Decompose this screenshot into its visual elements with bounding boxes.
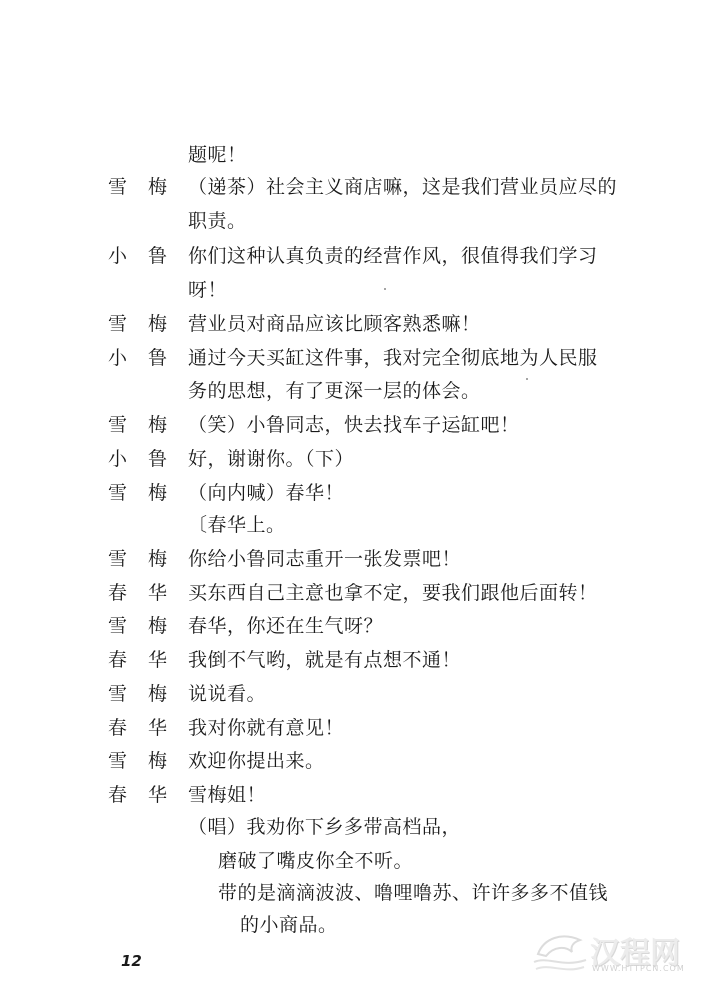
dialogue-text: 我倒不气哟，就是有点想不通！ bbox=[188, 648, 461, 672]
song-lyric: 磨破了嘴皮你全不听。 bbox=[218, 849, 413, 873]
speaker-name-char: 梅 bbox=[148, 175, 168, 199]
speaker-name-char: 梅 bbox=[148, 413, 168, 437]
speaker-name-char: 春 bbox=[108, 648, 128, 672]
song-lyric: （唱）我劝你下乡多带高档品， bbox=[188, 815, 461, 839]
dialogue-text: 我对你就有意见！ bbox=[188, 716, 344, 740]
speaker-name-char: 鲁 bbox=[148, 346, 168, 370]
watermark-url: WWW.HTTPCN.COM bbox=[592, 964, 685, 973]
speaker-name-char: 小 bbox=[108, 244, 128, 268]
speaker-name-char: 梅 bbox=[148, 614, 168, 638]
speaker-name-char: 春 bbox=[108, 581, 128, 605]
dialogue-text: 你们这种认真负责的经营作风，很值得我们学习 bbox=[188, 244, 598, 268]
speaker-name-char: 小 bbox=[108, 447, 128, 471]
speaker-name-char: 雪 bbox=[108, 547, 128, 571]
stage-direction: 〔春华上。 bbox=[188, 513, 286, 537]
speaker-name-char: 雪 bbox=[108, 682, 128, 706]
dialogue-continuation: 呀！ bbox=[188, 278, 227, 302]
dialogue-text: （递茶）社会主义商店嘛，这是我们营业员应尽的 bbox=[188, 175, 617, 199]
dialogue-continuation: 题呢！ bbox=[188, 143, 247, 167]
dialogue-text: 你给小鲁同志重开一张发票吧！ bbox=[188, 547, 461, 571]
dialogue-continuation: 职责。 bbox=[188, 209, 247, 233]
dialogue-text: 说说看。 bbox=[188, 682, 266, 706]
speaker-name-char: 小 bbox=[108, 346, 128, 370]
scan-speck bbox=[526, 378, 528, 380]
page-number: 12 bbox=[121, 952, 142, 970]
dolphin-logo-icon bbox=[530, 924, 590, 976]
speaker-name-char: 华 bbox=[148, 581, 168, 605]
watermark: 汉程网 WWW.HTTPCN.COM bbox=[520, 920, 700, 980]
speaker-name-char: 雪 bbox=[108, 312, 128, 336]
speaker-name-char: 鲁 bbox=[148, 244, 168, 268]
speaker-name-char: 华 bbox=[148, 648, 168, 672]
speaker-name-char: 雪 bbox=[108, 481, 128, 505]
speaker-name-char: 雪 bbox=[108, 614, 128, 638]
speaker-name-char: 春 bbox=[108, 716, 128, 740]
speaker-name-char: 雪 bbox=[108, 413, 128, 437]
speaker-name-char: 梅 bbox=[148, 749, 168, 773]
speaker-name-char: 雪 bbox=[108, 749, 128, 773]
dialogue-text: （笑）小鲁同志，快去找车子运缸吧！ bbox=[188, 413, 520, 437]
speaker-name-char: 鲁 bbox=[148, 447, 168, 471]
speaker-name-char: 梅 bbox=[148, 547, 168, 571]
dialogue-text: 好，谢谢你。（下） bbox=[188, 447, 354, 471]
song-lyric: 带的是滴滴波波、噜哩噜苏、许许多多不值钱 bbox=[218, 881, 608, 905]
speaker-name-char: 华 bbox=[148, 716, 168, 740]
speaker-name-char: 梅 bbox=[148, 682, 168, 706]
dialogue-text: 春华，你还在生气呀？ bbox=[188, 614, 383, 638]
speaker-name-char: 华 bbox=[148, 783, 168, 807]
speaker-name-char: 梅 bbox=[148, 312, 168, 336]
dialogue-text: 买东西自己主意也拿不定，要我们跟他后面转！ bbox=[188, 581, 598, 605]
dialogue-text: 营业员对商品应该比顾客熟悉嘛！ bbox=[188, 312, 481, 336]
dialogue-text: 通过今天买缸这件事，我对完全彻底地为人民服 bbox=[188, 346, 598, 370]
speaker-name-char: 春 bbox=[108, 783, 128, 807]
dialogue-text: 欢迎你提出来。 bbox=[188, 749, 325, 773]
dialogue-continuation: 务的思想，有了更深一层的体会。 bbox=[188, 379, 481, 403]
song-lyric: 的小商品。 bbox=[240, 913, 338, 937]
dialogue-text: 雪梅姐！ bbox=[188, 783, 266, 807]
book-page: 题呢！ 雪 梅 （递茶）社会主义商店嘛，这是我们营业员应尽的 职责。 小 鲁 你… bbox=[0, 0, 710, 997]
speaker-name-char: 梅 bbox=[148, 481, 168, 505]
scan-speck bbox=[384, 288, 386, 290]
dialogue-text: （向内喊）春华！ bbox=[188, 481, 344, 505]
speaker-name-char: 雪 bbox=[108, 175, 128, 199]
